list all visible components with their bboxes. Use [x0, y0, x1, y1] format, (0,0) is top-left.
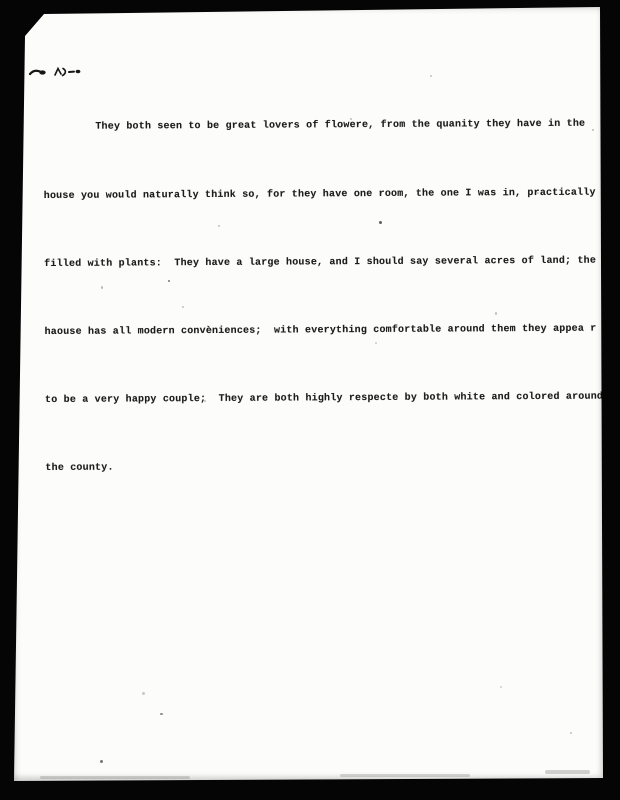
- paper-speck: [168, 280, 170, 282]
- paper-speck: [101, 286, 103, 289]
- paper-speck: [100, 760, 103, 763]
- typed-line: filled with plants: They have a large ho…: [44, 250, 596, 276]
- typed-paragraph: They both seen to be great lovers of flo…: [43, 69, 598, 526]
- paper-speck: [500, 686, 502, 688]
- paper-speck: [537, 192, 539, 194]
- typed-line: to be a very happy couple; They are both…: [45, 386, 597, 412]
- paper-speck: [592, 129, 594, 131]
- paper-speck: [495, 312, 497, 315]
- scan-smudge: [40, 776, 190, 779]
- paper-speck: [218, 225, 220, 227]
- paper-speck: [430, 75, 432, 77]
- typed-line: haouse has all modern convèniences; with…: [45, 318, 597, 344]
- paper-speck: [204, 400, 206, 402]
- paper-speck: [375, 342, 377, 344]
- scanned-document-page: They both seen to be great lovers of flo…: [0, 0, 620, 800]
- paper-speck: [160, 713, 163, 715]
- paper-speck: [379, 221, 382, 224]
- typed-line: house you would naturally think so, for …: [44, 182, 596, 208]
- paper-speck: [350, 118, 352, 120]
- typed-line: the county.: [45, 454, 597, 480]
- paper-speck: [182, 306, 184, 308]
- paper-speck: [142, 692, 145, 695]
- paper-sheet: They both seen to be great lovers of flo…: [0, 0, 620, 800]
- paper-speck: [570, 732, 572, 734]
- typed-line: They both seen to be great lovers of flo…: [43, 114, 595, 140]
- scan-smudge: [545, 770, 590, 774]
- scan-smudge: [340, 774, 470, 777]
